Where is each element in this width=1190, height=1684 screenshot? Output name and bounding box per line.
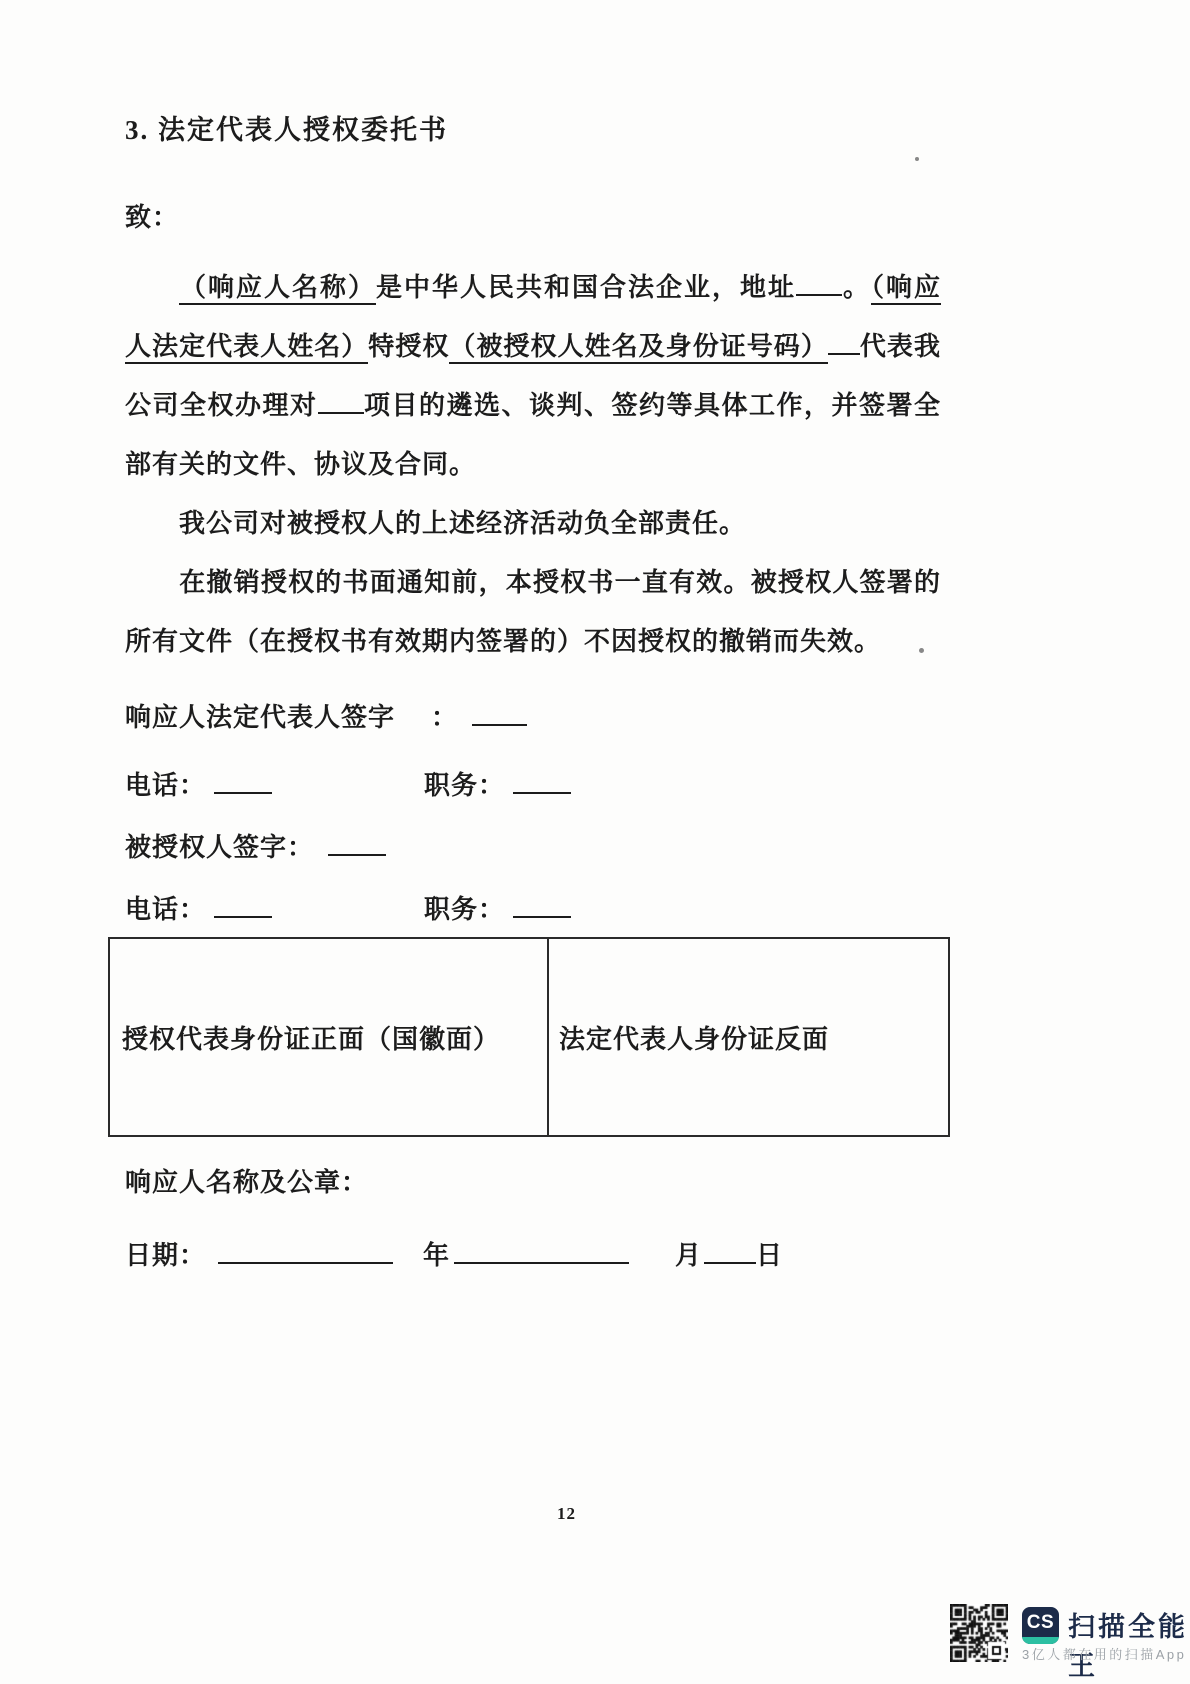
blank-line xyxy=(318,388,364,414)
authorized-phone-duty-line: 电话：职务： xyxy=(125,892,571,928)
phone-blank-line xyxy=(214,892,272,918)
colon: ： xyxy=(431,703,458,732)
phone-blank-line xyxy=(214,768,272,794)
authorized-signature-label: 被授权人签字： xyxy=(125,833,314,862)
duty-blank-line xyxy=(513,768,571,794)
blank-line xyxy=(796,270,842,296)
body-text: 公司全权办理对 xyxy=(125,391,318,420)
paragraph-2: 我公司对被授权人的上述经济活动负全部责任。 xyxy=(125,506,746,542)
phone-label: 电话： xyxy=(125,771,206,800)
authorized-signature-line: 被授权人签字： xyxy=(125,830,386,866)
camscanner-logo-stripe xyxy=(1022,1637,1059,1644)
year-label: 年 xyxy=(423,1241,450,1270)
scan-speck xyxy=(915,157,919,161)
rep-signature-line: 响应人法定代表人签字： xyxy=(125,700,527,736)
scan-speck xyxy=(919,648,924,653)
duty-blank-line xyxy=(513,892,571,918)
body-text: 代表我 xyxy=(860,332,941,361)
underlined-respondent-name: （响应人名称） xyxy=(179,273,376,305)
paragraph-3-line-1: 在撤销授权的书面通知前，本授权书一直有效。被授权人签署的 xyxy=(125,565,941,601)
paragraph-1-line-4: 部有关的文件、协议及合同。 xyxy=(125,447,476,483)
paragraph-1-line-2: 人法定代表人姓名）特授权（被授权人姓名及身份证号码）代表我 xyxy=(125,329,941,365)
camscanner-monogram: CS xyxy=(1022,1607,1059,1638)
rep-signature-label: 响应人法定代表人签字 xyxy=(125,703,395,732)
blank-line xyxy=(828,329,860,355)
seal-label: 响应人名称及公章： xyxy=(125,1165,368,1201)
body-text: 特授权 xyxy=(368,332,449,361)
document-page: 3. 法定代表人授权委托书 致： （响应人名称）是中华人民共和国合法企业，地址。… xyxy=(0,0,1190,1684)
duty-label: 职务： xyxy=(424,895,505,924)
date-label: 日期： xyxy=(125,1241,206,1270)
body-text: 我公司对被授权人的上述经济活动负全部责任。 xyxy=(179,509,746,538)
rep-phone-duty-line: 电话：职务： xyxy=(125,768,571,804)
paragraph-1-line-3: 公司全权办理对项目的遴选、谈判、签约等具体工作，并签署全 xyxy=(125,388,941,424)
date-line: 日期：年月日 xyxy=(125,1238,783,1274)
page-number: 12 xyxy=(557,1504,576,1524)
paragraph-3-line-2: 所有文件（在授权书有效期内签署的）不因授权的撤销而失效。 xyxy=(125,624,881,660)
camscanner-logo-icon: CS xyxy=(1022,1607,1059,1644)
body-text: 。 xyxy=(842,273,871,302)
camscanner-tagline: 3亿人都在用的扫描App xyxy=(1022,1644,1186,1663)
signature-blank-line xyxy=(328,830,386,856)
salutation: 致： xyxy=(125,200,179,236)
body-text: 项目的遴选、谈判、签约等具体工作，并签署全 xyxy=(364,391,941,420)
id-card-front-cell: 授权代表身份证正面（国徽面） xyxy=(110,939,549,1135)
page-title: 3. 法定代表人授权委托书 xyxy=(125,112,448,148)
underlined-legal-rep-name: 人法定代表人姓名） xyxy=(125,332,368,364)
body-text: 是中华人民共和国合法企业，地址 xyxy=(376,273,796,302)
month-label: 月 xyxy=(675,1241,702,1270)
duty-label: 职务： xyxy=(424,771,505,800)
camscanner-qr-code xyxy=(950,1604,1008,1662)
body-text: 在撤销授权的书面通知前，本授权书一直有效。被授权人签署的 xyxy=(179,568,941,597)
indent-spacer xyxy=(125,590,179,591)
id-card-table: 授权代表身份证正面（国徽面） 法定代表人身份证反面 xyxy=(108,937,950,1137)
indent-spacer xyxy=(125,295,179,296)
underlined-text: （响应 xyxy=(871,273,941,305)
signature-blank-line xyxy=(472,700,527,726)
year-blank-line xyxy=(218,1238,393,1264)
day-blank-line xyxy=(704,1238,756,1264)
month-blank-line xyxy=(454,1238,629,1264)
phone-label: 电话： xyxy=(125,895,206,924)
paragraph-1-line-1: （响应人名称）是中华人民共和国合法企业，地址。（响应 xyxy=(125,270,941,306)
id-card-back-cell: 法定代表人身份证反面 xyxy=(549,939,948,1135)
day-label: 日 xyxy=(756,1241,783,1270)
indent-spacer xyxy=(125,531,179,532)
underlined-authorized-person: （被授权人姓名及身份证号码） xyxy=(449,332,827,364)
